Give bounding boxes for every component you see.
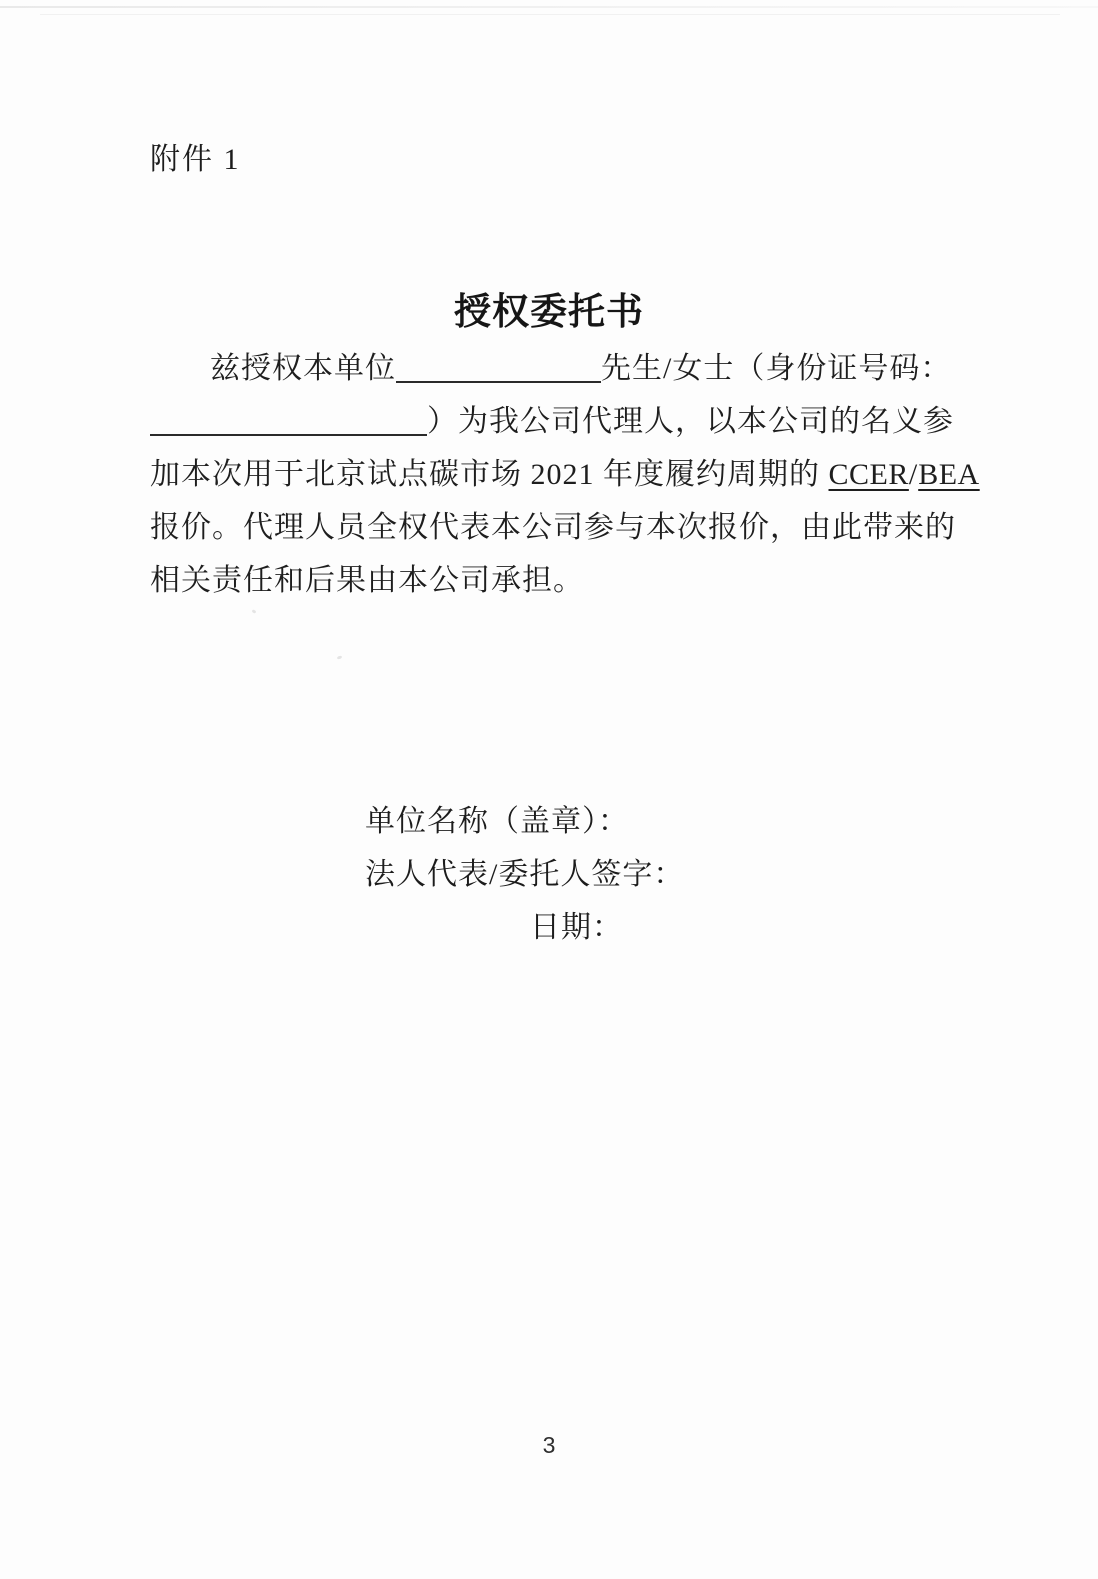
body-paragraph: 兹授权本单位先生/女士（身份证号码： ）为我公司代理人，以本公司的名义参 加本次… [150, 342, 942, 607]
body-line-2: ）为我公司代理人，以本公司的名义参 [150, 395, 942, 448]
signature-block: 单位名称（盖章）： 法人代表/委托人签字： 日期： [365, 795, 684, 954]
body-line-1-text-after-blank: 先生/女士（身份证号码： [601, 352, 951, 385]
body-line-1: 兹授权本单位先生/女士（身份证号码： [150, 342, 942, 395]
body-line-1-text: 兹授权本单位 [210, 352, 396, 385]
body-line-3: 加本次用于北京试点碳市场 2021 年度履约周期的 CCER/BEA [150, 448, 942, 501]
blank-id-number [150, 398, 427, 436]
company-seal-label: 单位名称（盖章）： [365, 795, 684, 848]
scan-speck-artifact [252, 609, 257, 614]
scan-speck-artifact [337, 655, 343, 660]
body-line-5: 相关责任和后果由本公司承担。 [150, 554, 942, 607]
scan-edge-artifact [40, 14, 1060, 15]
scanned-document-page: 附件 1 授权委托书 兹授权本单位先生/女士（身份证号码： ）为我公司代理人，以… [0, 0, 1098, 1579]
representative-signature-label: 法人代表/委托人签字： [365, 848, 684, 901]
attachment-label: 附件 1 [150, 134, 241, 178]
bea-term: BEA [918, 458, 980, 491]
body-line-4: 报价。代理人员全权代表本公司参与本次报价，由此带来的 [150, 501, 942, 554]
scan-edge-artifact [0, 6, 1098, 8]
ccer-term: CCER [829, 458, 909, 491]
body-line-3-text: 加本次用于北京试点碳市场 2021 年度履约周期的 [150, 458, 829, 491]
blank-company-name [396, 345, 601, 383]
document-title: 授权委托书 [0, 281, 1098, 335]
date-label: 日期： [530, 901, 684, 954]
page-number: 3 [0, 1432, 1098, 1459]
ccer-bea-separator: / [909, 458, 918, 491]
body-line-2-text: ）为我公司代理人，以本公司的名义参 [427, 405, 954, 438]
